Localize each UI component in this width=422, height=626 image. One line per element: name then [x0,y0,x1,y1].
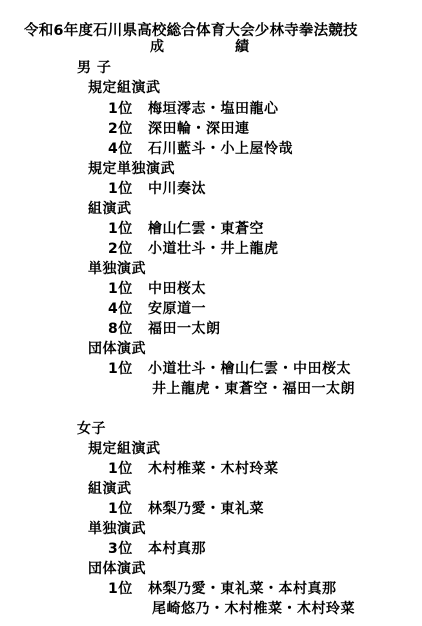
category-heading: 団体演武 [88,340,146,358]
rank: 1位 [108,220,133,238]
gender-heading-female: 女子 [77,420,106,438]
names: 中川奏汰 [148,180,206,198]
rank: 4位 [108,300,133,318]
rank: 1位 [108,580,133,598]
names: 小道壮斗・井上龍虎 [148,240,279,258]
document-title: 令和6年度石川県高校総合体育大会少林寺拳法競技 [24,22,358,40]
names: 中田桜太 [148,280,206,298]
rank: 1位 [108,100,133,118]
rank: 4位 [108,140,133,158]
names: 深田輪・深田連 [148,120,250,138]
names: 本村真那 [148,540,206,558]
names: 福田一太朗 [148,320,221,338]
rank: 1位 [108,180,133,198]
rank: 1位 [108,460,133,478]
names: 木村椎菜・木村玲菜 [148,460,279,478]
category-heading: 団体演武 [88,560,146,578]
gender-heading-male: 男 子 [77,59,111,77]
names: 小道壮斗・檜山仁雲・中田桜太 [148,360,351,378]
names: 林梨乃愛・東礼菜・本村真那 [148,580,337,598]
rank: 8位 [108,320,133,338]
rank: 2位 [108,120,133,138]
category-heading: 規定組演武 [88,79,161,97]
category-heading: 組演武 [88,200,132,218]
category-heading: 組演武 [88,480,132,498]
names: 林梨乃愛・東礼菜 [148,500,264,518]
subtitle-char-2: 績 [235,38,250,56]
category-heading: 規定単独演武 [88,160,175,178]
names: 檜山仁雲・東蒼空 [148,220,264,238]
rank: 3位 [108,540,133,558]
names: 石川藍斗・小上屋怜哉 [148,140,293,158]
category-heading: 規定組演武 [88,440,161,458]
names-continued: 尾崎悠乃・木村椎菜・木村玲菜 [152,600,355,618]
rank: 2位 [108,240,133,258]
category-heading: 単独演武 [88,520,146,538]
names: 梅垣澪志・塩田龍心 [148,100,279,118]
rank: 1位 [108,360,133,378]
category-heading: 単独演武 [88,260,146,278]
rank: 1位 [108,500,133,518]
subtitle-char-1: 成 [150,38,165,56]
rank: 1位 [108,280,133,298]
names: 安原道一 [148,300,206,318]
names-continued: 井上龍虎・東蒼空・福田一太朗 [152,380,355,398]
